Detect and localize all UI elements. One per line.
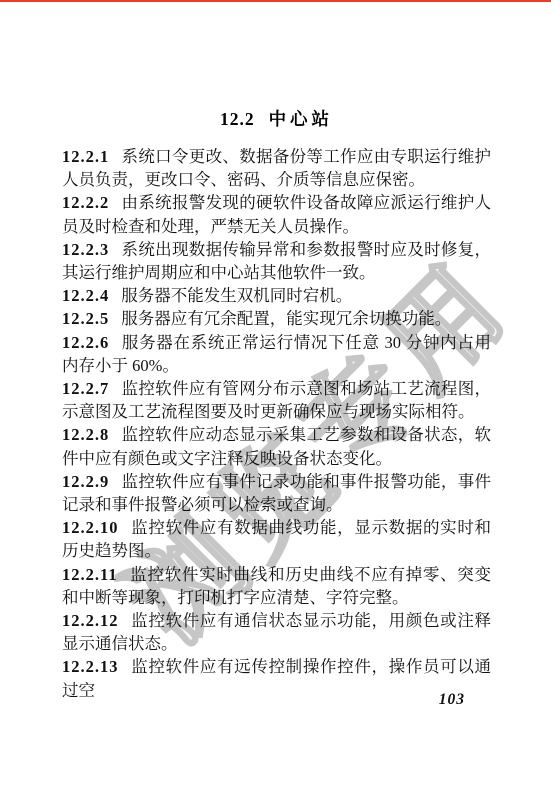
clause-paragraph: 12.2.1系统口令更改、数据备份等工作应由专职运行维护人员负责，更改口令、密码…	[62, 145, 491, 191]
clause-text: 监控软件应有事件记录功能和事件报警功能，事件记录和事件报警必须可以检索或查询。	[62, 472, 491, 514]
clause-number: 12.2.7	[62, 379, 109, 398]
clause-number: 12.2.8	[62, 425, 109, 444]
clause-paragraph: 12.2.13监控软件应有远传控制操作控件，操作员可以通过空	[62, 655, 491, 701]
clause-text: 服务器不能发生双机同时宕机。	[121, 286, 352, 305]
clause-paragraph: 12.2.6服务器在系统正常运行情况下任意 30 分钟内占用内存小于 60%。	[62, 331, 491, 377]
clause-number: 12.2.6	[62, 333, 109, 352]
clause-paragraph: 12.2.4服务器不能发生双机同时宕机。	[62, 284, 491, 307]
clause-number: 12.2.2	[62, 193, 109, 212]
clause-number: 12.2.1	[62, 147, 109, 166]
clause-number: 12.2.13	[62, 657, 119, 676]
clause-text: 监控软件应有远传控制操作控件，操作员可以通过空	[62, 657, 491, 699]
clause-number: 12.2.3	[62, 240, 109, 259]
clause-text: 服务器应有冗余配置，能实现冗余切换功能。	[121, 309, 451, 328]
page-content: 12.2中心站 12.2.1系统口令更改、数据备份等工作应由专职运行维护人员负责…	[62, 108, 491, 702]
clause-paragraph: 12.2.2由系统报警发现的硬软件设备故障应派运行维护人员及时检查和处理，严禁无…	[62, 191, 491, 237]
clause-text: 由系统报警发现的硬软件设备故障应派运行维护人员及时检查和处理，严禁无关人员操作。	[62, 193, 491, 235]
clause-paragraph: 12.2.11监控软件实时曲线和历史曲线不应有掉零、突变和中断等现象，打印机打字…	[62, 563, 491, 609]
clause-number: 12.2.9	[62, 472, 109, 491]
clause-text: 监控软件应动态显示采集工艺参数和设备状态，软件中应有颜色或文字注释反映设备状态变…	[62, 425, 491, 467]
clause-paragraph: 12.2.9监控软件应有事件记录功能和事件报警功能，事件记录和事件报警必须可以检…	[62, 470, 491, 516]
clause-paragraph: 12.2.3系统出现数据传输异常和参数报警时应及时修复，其运行维护周期应和中心站…	[62, 238, 491, 284]
page-top-red-rule	[0, 0, 551, 2]
clause-number: 12.2.5	[62, 309, 109, 328]
clause-number: 12.2.12	[62, 611, 119, 630]
clause-text: 系统口令更改、数据备份等工作应由专职运行维护人员负责，更改口令、密码、介质等信息…	[62, 147, 491, 189]
section-heading: 12.2中心站	[62, 108, 491, 130]
clause-paragraph: 12.2.12监控软件应有通信状态显示功能，用颜色或注释显示通信状态。	[62, 609, 491, 655]
clause-list: 12.2.1系统口令更改、数据备份等工作应由专职运行维护人员负责，更改口令、密码…	[62, 145, 491, 702]
clause-paragraph: 12.2.7监控软件应有管网分布示意图和场站工艺流程图，示意图及工艺流程图要及时…	[62, 377, 491, 423]
clause-number: 12.2.10	[62, 518, 119, 537]
clause-text: 监控软件应有数据曲线功能，显示数据的实时和历史趋势图。	[62, 518, 491, 560]
clause-paragraph: 12.2.5服务器应有冗余配置，能实现冗余切换功能。	[62, 307, 491, 330]
clause-number: 12.2.4	[62, 286, 109, 305]
clause-paragraph: 12.2.10监控软件应有数据曲线功能，显示数据的实时和历史趋势图。	[62, 516, 491, 562]
clause-text: 监控软件应有通信状态显示功能，用颜色或注释显示通信状态。	[62, 611, 491, 653]
document-page: 浏览专用 12.2中心站 12.2.1系统口令更改、数据备份等工作应由专职运行维…	[0, 0, 551, 790]
clause-text: 监控软件实时曲线和历史曲线不应有掉零、突变和中断等现象，打印机打字应清楚、字符完…	[62, 565, 491, 607]
section-title: 中心站	[269, 109, 334, 129]
clause-text: 服务器在系统正常运行情况下任意 30 分钟内占用内存小于 60%。	[62, 333, 491, 375]
section-number: 12.2	[220, 109, 255, 129]
clause-text: 系统出现数据传输异常和参数报警时应及时修复，其运行维护周期应和中心站其他软件一致…	[62, 240, 491, 282]
page-number: 103	[439, 691, 465, 709]
clause-text: 监控软件应有管网分布示意图和场站工艺流程图，示意图及工艺流程图要及时更新确保应与…	[62, 379, 491, 421]
clause-paragraph: 12.2.8监控软件应动态显示采集工艺参数和设备状态，软件中应有颜色或文字注释反…	[62, 423, 491, 469]
clause-number: 12.2.11	[62, 565, 118, 584]
